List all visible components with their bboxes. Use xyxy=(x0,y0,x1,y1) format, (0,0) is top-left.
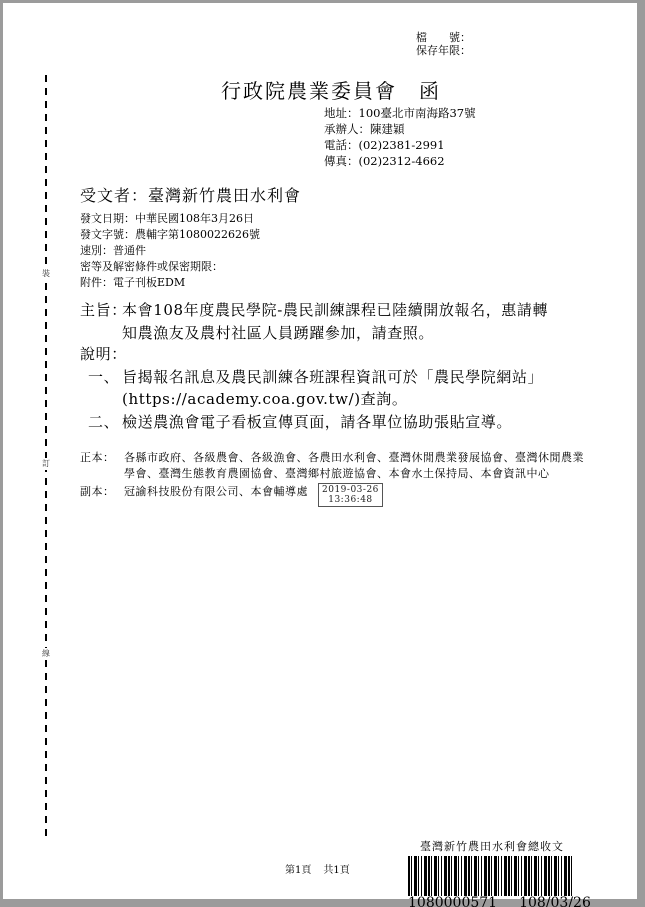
binding-mark-zhuang: 裝 xyxy=(40,268,52,280)
document-type: 函 xyxy=(419,79,441,103)
receipt-number: 1080000571 xyxy=(408,895,497,907)
cc-label: 副本： xyxy=(80,484,124,508)
stamp-time: 13:36:48 xyxy=(322,495,379,505)
receipt-label: 臺灣新竹農田水利會總收文 xyxy=(408,838,608,854)
barcode xyxy=(408,856,573,896)
archive-info: 檔 號： 保存年限： xyxy=(416,31,471,57)
exchange-stamp: 2019-03-26 13:36:48 xyxy=(318,483,383,507)
phone: 電話：(02)2381-2991 xyxy=(324,137,476,153)
original-recipients: 正本： 各縣市政府、各級農會、各級漁會、各農田水利會、臺灣休閒農業發展協會、臺灣… xyxy=(80,450,594,482)
receipt-date: 108/03/26 xyxy=(519,895,591,907)
document-number: 發文字號：農輔字第1080022626號 xyxy=(80,227,260,243)
item-text: 旨揭報名訊息及農民訓練各班課程資訊可於「農民學院網站」(https://acad… xyxy=(122,366,592,411)
recipient: 受文者：臺灣新竹農田水利會 xyxy=(80,183,301,206)
explanation-label: 說明： xyxy=(80,343,592,366)
document-title: 行政院農業委員會函 xyxy=(221,75,441,104)
binding-mark-xian: 線 xyxy=(40,648,52,660)
item-number: 二、 xyxy=(88,411,122,434)
receipt-barcode-block: 臺灣新竹農田水利會總收文 1080000571108/03/26 xyxy=(408,838,608,907)
cc-recipients: 副本： 冠諭科技股份有限公司、本會輔導處 2019-03-26 13:36:48 xyxy=(80,484,594,508)
document-meta: 發文日期：中華民國108年3月26日 發文字號：農輔字第1080022626號 … xyxy=(80,211,260,291)
retention-label: 保存年限： xyxy=(416,44,471,57)
subject-block: 主旨： 本會108年度農民學院-農民訓練課程已陸續開放報名，惠請轉知農漁友及農村… xyxy=(80,299,562,344)
subject-label: 主旨： xyxy=(80,299,122,344)
security-level: 密等及解密條件或保密期限： xyxy=(80,259,260,275)
address: 地址：100臺北市南海路37號 xyxy=(324,105,476,121)
total-pages: 共1頁 xyxy=(323,865,349,876)
page-number: 第1頁共1頁 xyxy=(285,861,350,876)
stamp-date: 2019-03-26 xyxy=(322,485,379,495)
cc-text: 冠諭科技股份有限公司、本會輔導處 xyxy=(124,485,308,498)
explanation-item: 一、 旨揭報名訊息及農民訓練各班課程資訊可於「農民學院網站」(https://a… xyxy=(88,366,592,411)
speed-class: 速別：普通件 xyxy=(80,243,260,259)
file-number-label: 檔 號： xyxy=(416,31,471,44)
fax: 傳真：(02)2312-4662 xyxy=(324,153,476,169)
handler: 承辦人：陳建穎 xyxy=(324,121,476,137)
subject-text: 本會108年度農民學院-農民訓練課程已陸續開放報名，惠請轉知農漁友及農村社區人員… xyxy=(122,299,562,344)
original-label: 正本： xyxy=(80,450,124,482)
item-number: 一、 xyxy=(88,366,122,411)
document-page: 裝 訂 線 檔 號： 保存年限： 行政院農業委員會函 地址：100臺北市南海路3… xyxy=(3,3,637,899)
contact-block: 地址：100臺北市南海路37號 承辦人：陳建穎 電話：(02)2381-2991… xyxy=(324,105,476,169)
binding-mark-ding: 訂 xyxy=(40,458,52,470)
explanation-item: 二、 檢送農漁會電子看板宣傳頁面，請各單位協助張貼宣導。 xyxy=(88,411,592,434)
current-page: 第1頁 xyxy=(285,865,311,876)
agency-name: 行政院農業委員會 xyxy=(221,79,397,103)
distribution-block: 正本： 各縣市政府、各級農會、各級漁會、各農田水利會、臺灣休閒農業發展協會、臺灣… xyxy=(80,450,594,508)
attachment: 附件：電子刊板EDM xyxy=(80,275,260,291)
original-text: 各縣市政府、各級農會、各級漁會、各農田水利會、臺灣休閒農業發展協會、臺灣休閒農業… xyxy=(124,450,594,482)
item-text: 檢送農漁會電子看板宣傳頁面，請各單位協助張貼宣導。 xyxy=(122,411,592,434)
receipt-info: 1080000571108/03/26 xyxy=(408,896,608,907)
explanation-block: 說明： 一、 旨揭報名訊息及農民訓練各班課程資訊可於「農民學院網站」(https… xyxy=(80,343,592,433)
issue-date: 發文日期：中華民國108年3月26日 xyxy=(80,211,260,227)
